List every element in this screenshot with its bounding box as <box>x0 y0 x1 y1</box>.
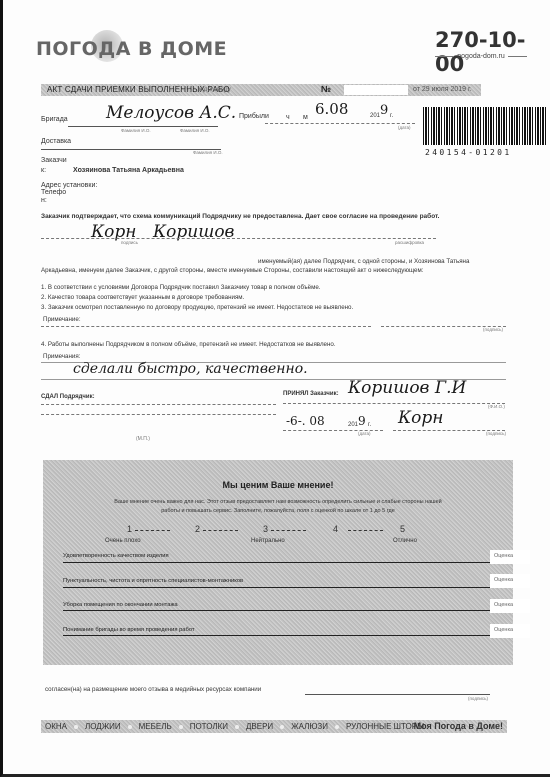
scale-3: 3 <box>263 524 268 534</box>
feedback-survey: Мы ценим Ваше мнение! Ваше мнение очень … <box>43 460 513 665</box>
consent-caption: (подпись) <box>468 696 488 701</box>
accept-year-unit: г. <box>368 422 371 428</box>
customer-accept-line <box>283 403 505 404</box>
contract-label: к договору <box>199 86 231 93</box>
delivery-fio-caption: Фамилия И.О. <box>193 150 223 155</box>
scale-label-low: Очень плохо <box>105 538 141 544</box>
scale-label-mid: Нейтрально <box>251 538 285 544</box>
bullet-icon <box>335 725 339 729</box>
bullet-icon <box>280 725 284 729</box>
footer-item-roller-shades: РУЛОННЫЕ ШТОРЫ <box>346 722 424 731</box>
accept-date: -6-. 08 <box>286 414 325 428</box>
question-4: Понимание бригады во время проведения ра… <box>63 627 195 633</box>
delivery-label: Доставка <box>41 138 71 145</box>
address-label: Адрес установки: <box>41 182 97 189</box>
footer-item-blinds: ЖАЛЮЗИ <box>291 722 328 731</box>
arrived-line <box>265 123 415 124</box>
confirmation-name: Коришов <box>153 222 234 242</box>
brigade-label: Бригада <box>41 116 68 123</box>
brigade-signature: Мелоусов А.С. <box>106 103 236 123</box>
arrived-label: Прибыли <box>239 113 269 120</box>
bullet-icon <box>179 725 183 729</box>
scale-4: 4 <box>333 524 338 534</box>
confirmation-text: Заказчик подтверждает, что схема коммуни… <box>41 213 439 220</box>
footer-item-windows: ОКНА <box>45 722 67 731</box>
year-unit: г. <box>390 113 393 119</box>
barcode-number: 240154-01201 <box>425 148 512 157</box>
customer-name: Хозяинова Татьяна Аркадьевна <box>73 167 184 174</box>
contract-number-field[interactable] <box>344 85 408 95</box>
question-1-line <box>63 562 491 563</box>
bullet-icon <box>74 725 78 729</box>
stamp-placeholder: (М.П.) <box>136 436 150 442</box>
document-page: ПОГОДА В ДОМЕ 270-10-00 pogoda-dom.ru АК… <box>0 0 550 777</box>
confirmation-sign-caption: подпись <box>121 240 138 245</box>
confirmation-line <box>41 238 436 239</box>
brigade-line <box>68 126 218 127</box>
clause-3: 3. Заказчик осмотрел поставленную по дог… <box>41 303 353 313</box>
accept-signature: Корн <box>398 408 443 428</box>
survey-intro: Ваше мнение очень важно для нас. Этот от… <box>55 498 501 516</box>
scale-5: 5 <box>400 524 405 534</box>
scale-dash <box>348 530 383 531</box>
scale-dash <box>271 530 306 531</box>
phone-label-2: н: <box>41 197 47 204</box>
consent-sign-line[interactable] <box>305 694 490 695</box>
fio-caption: (Ф.И.О.) <box>488 404 505 409</box>
arrived-date-caption: (дата) <box>398 125 411 130</box>
footer-item-ceilings: ПОТОЛКИ <box>190 722 228 731</box>
question-3-line <box>63 610 491 611</box>
notes1-label: Примечание: <box>43 315 81 325</box>
year-suffix: 9 <box>380 103 388 118</box>
survey-intro-line-2: работы и повышать сервис. Заполните, пож… <box>55 507 501 516</box>
footer-item-loggias: ЛОДЖИИ <box>85 722 121 731</box>
footer-item-doors: ДВЕРИ <box>246 722 273 731</box>
preamble-line-2: Аркадьевна, именуем далее Заказчик, с др… <box>41 266 423 276</box>
confirmation-signature: Корн <box>91 222 136 242</box>
product-list: ОКНА ЛОДЖИИ МЕБЕЛЬ ПОТОЛКИ ДВЕРИ ЖАЛЮЗИ … <box>45 722 424 731</box>
question-4-line <box>63 635 491 636</box>
customer-accept-label: ПРИНЯЛ Заказчик: <box>283 391 339 397</box>
clause-1: 1. В соответствии с условиями Договора П… <box>41 283 321 293</box>
question-1: Удовлетворенность качеством изделия <box>63 553 169 559</box>
question-3-score[interactable]: Оценка <box>490 599 530 613</box>
bullet-icon <box>128 725 132 729</box>
question-2-line <box>63 587 491 588</box>
customer-label-2: к: <box>41 167 46 174</box>
contractor-label: СДАЛ Подрядчик: <box>41 394 95 400</box>
question-4-score[interactable]: Оценка <box>490 624 530 638</box>
scale-dash <box>135 530 170 531</box>
number-label: № <box>321 84 331 94</box>
contractor-line-2 <box>41 414 276 415</box>
minute-label: м <box>303 114 308 121</box>
act-title-band: АКТ СДАЧИ ПРИЕМКИ ВЫПОЛНЕННЫХ РАБО к дог… <box>41 84 481 96</box>
year-prefix: 201 <box>370 113 380 119</box>
brigade-fio-caption-2: Фамилия И.О. <box>180 128 210 133</box>
website-text: pogoda-dom.ru <box>457 53 504 60</box>
contractor-line <box>41 404 276 405</box>
confirmation-decode-caption: расшифровка <box>395 240 424 245</box>
company-phone: 270-10-00 <box>435 28 550 76</box>
footer-band: ОКНА ЛОДЖИИ МЕБЕЛЬ ПОТОЛКИ ДВЕРИ ЖАЛЮЗИ … <box>41 720 507 733</box>
company-logo: ПОГОДА В ДОМЕ <box>36 38 227 60</box>
scale-label-high: Отлично <box>393 538 417 544</box>
accept-date-caption: (дата) <box>358 431 371 436</box>
customer-label-1: Заказчи <box>41 157 67 164</box>
survey-intro-line-1: Ваше мнение очень важно для нас. Этот от… <box>55 498 501 507</box>
footer-slogan: Моя Погода в Доме! <box>414 721 503 731</box>
phone-label-1: Телефо <box>41 189 66 196</box>
bullet-icon <box>235 725 239 729</box>
accept-year-suffix: 9 <box>358 414 366 428</box>
scale-dash <box>203 530 238 531</box>
hour-label: ч <box>286 114 290 121</box>
company-website: pogoda-dom.ru <box>435 53 527 60</box>
question-3: Уборка помещения по окончании монтажа <box>63 602 178 608</box>
clause-4: 4. Работы выполнены Подрядчиком в полном… <box>41 340 336 350</box>
consent-text: согласен(на) на размещение моего отзыва … <box>45 685 261 695</box>
question-2: Пунктуальность, чистота и опрятность спе… <box>63 578 243 584</box>
notes1-caption: (подпись) <box>483 327 503 332</box>
notes2-handwritten: сделали быстро, качественно. <box>73 361 308 377</box>
notes1-line[interactable] <box>41 326 371 327</box>
logo-text: ПОГОДА В ДОМЕ <box>36 38 227 60</box>
scale-2: 2 <box>195 524 200 534</box>
footer-item-furniture: МЕБЕЛЬ <box>139 722 172 731</box>
arrived-date: 6.08 <box>315 100 348 118</box>
customer-accept-name: Коришов Г.И <box>348 378 466 398</box>
question-1-score[interactable]: Оценка <box>490 550 530 564</box>
brigade-fio-caption-1: Фамилия И.О. <box>121 128 151 133</box>
barcode <box>423 107 547 145</box>
scale-1: 1 <box>127 524 132 534</box>
accept-sign-caption: (подпись) <box>486 431 506 436</box>
accept-year-prefix: 201 <box>348 422 358 428</box>
contract-date: от 29 июля 2019 г. <box>413 86 472 93</box>
question-2-score[interactable]: Оценка <box>490 574 530 588</box>
survey-title: Мы ценим Ваше мнение! <box>43 480 513 490</box>
clause-2: 2. Качество товара соответствует указанн… <box>41 293 244 303</box>
